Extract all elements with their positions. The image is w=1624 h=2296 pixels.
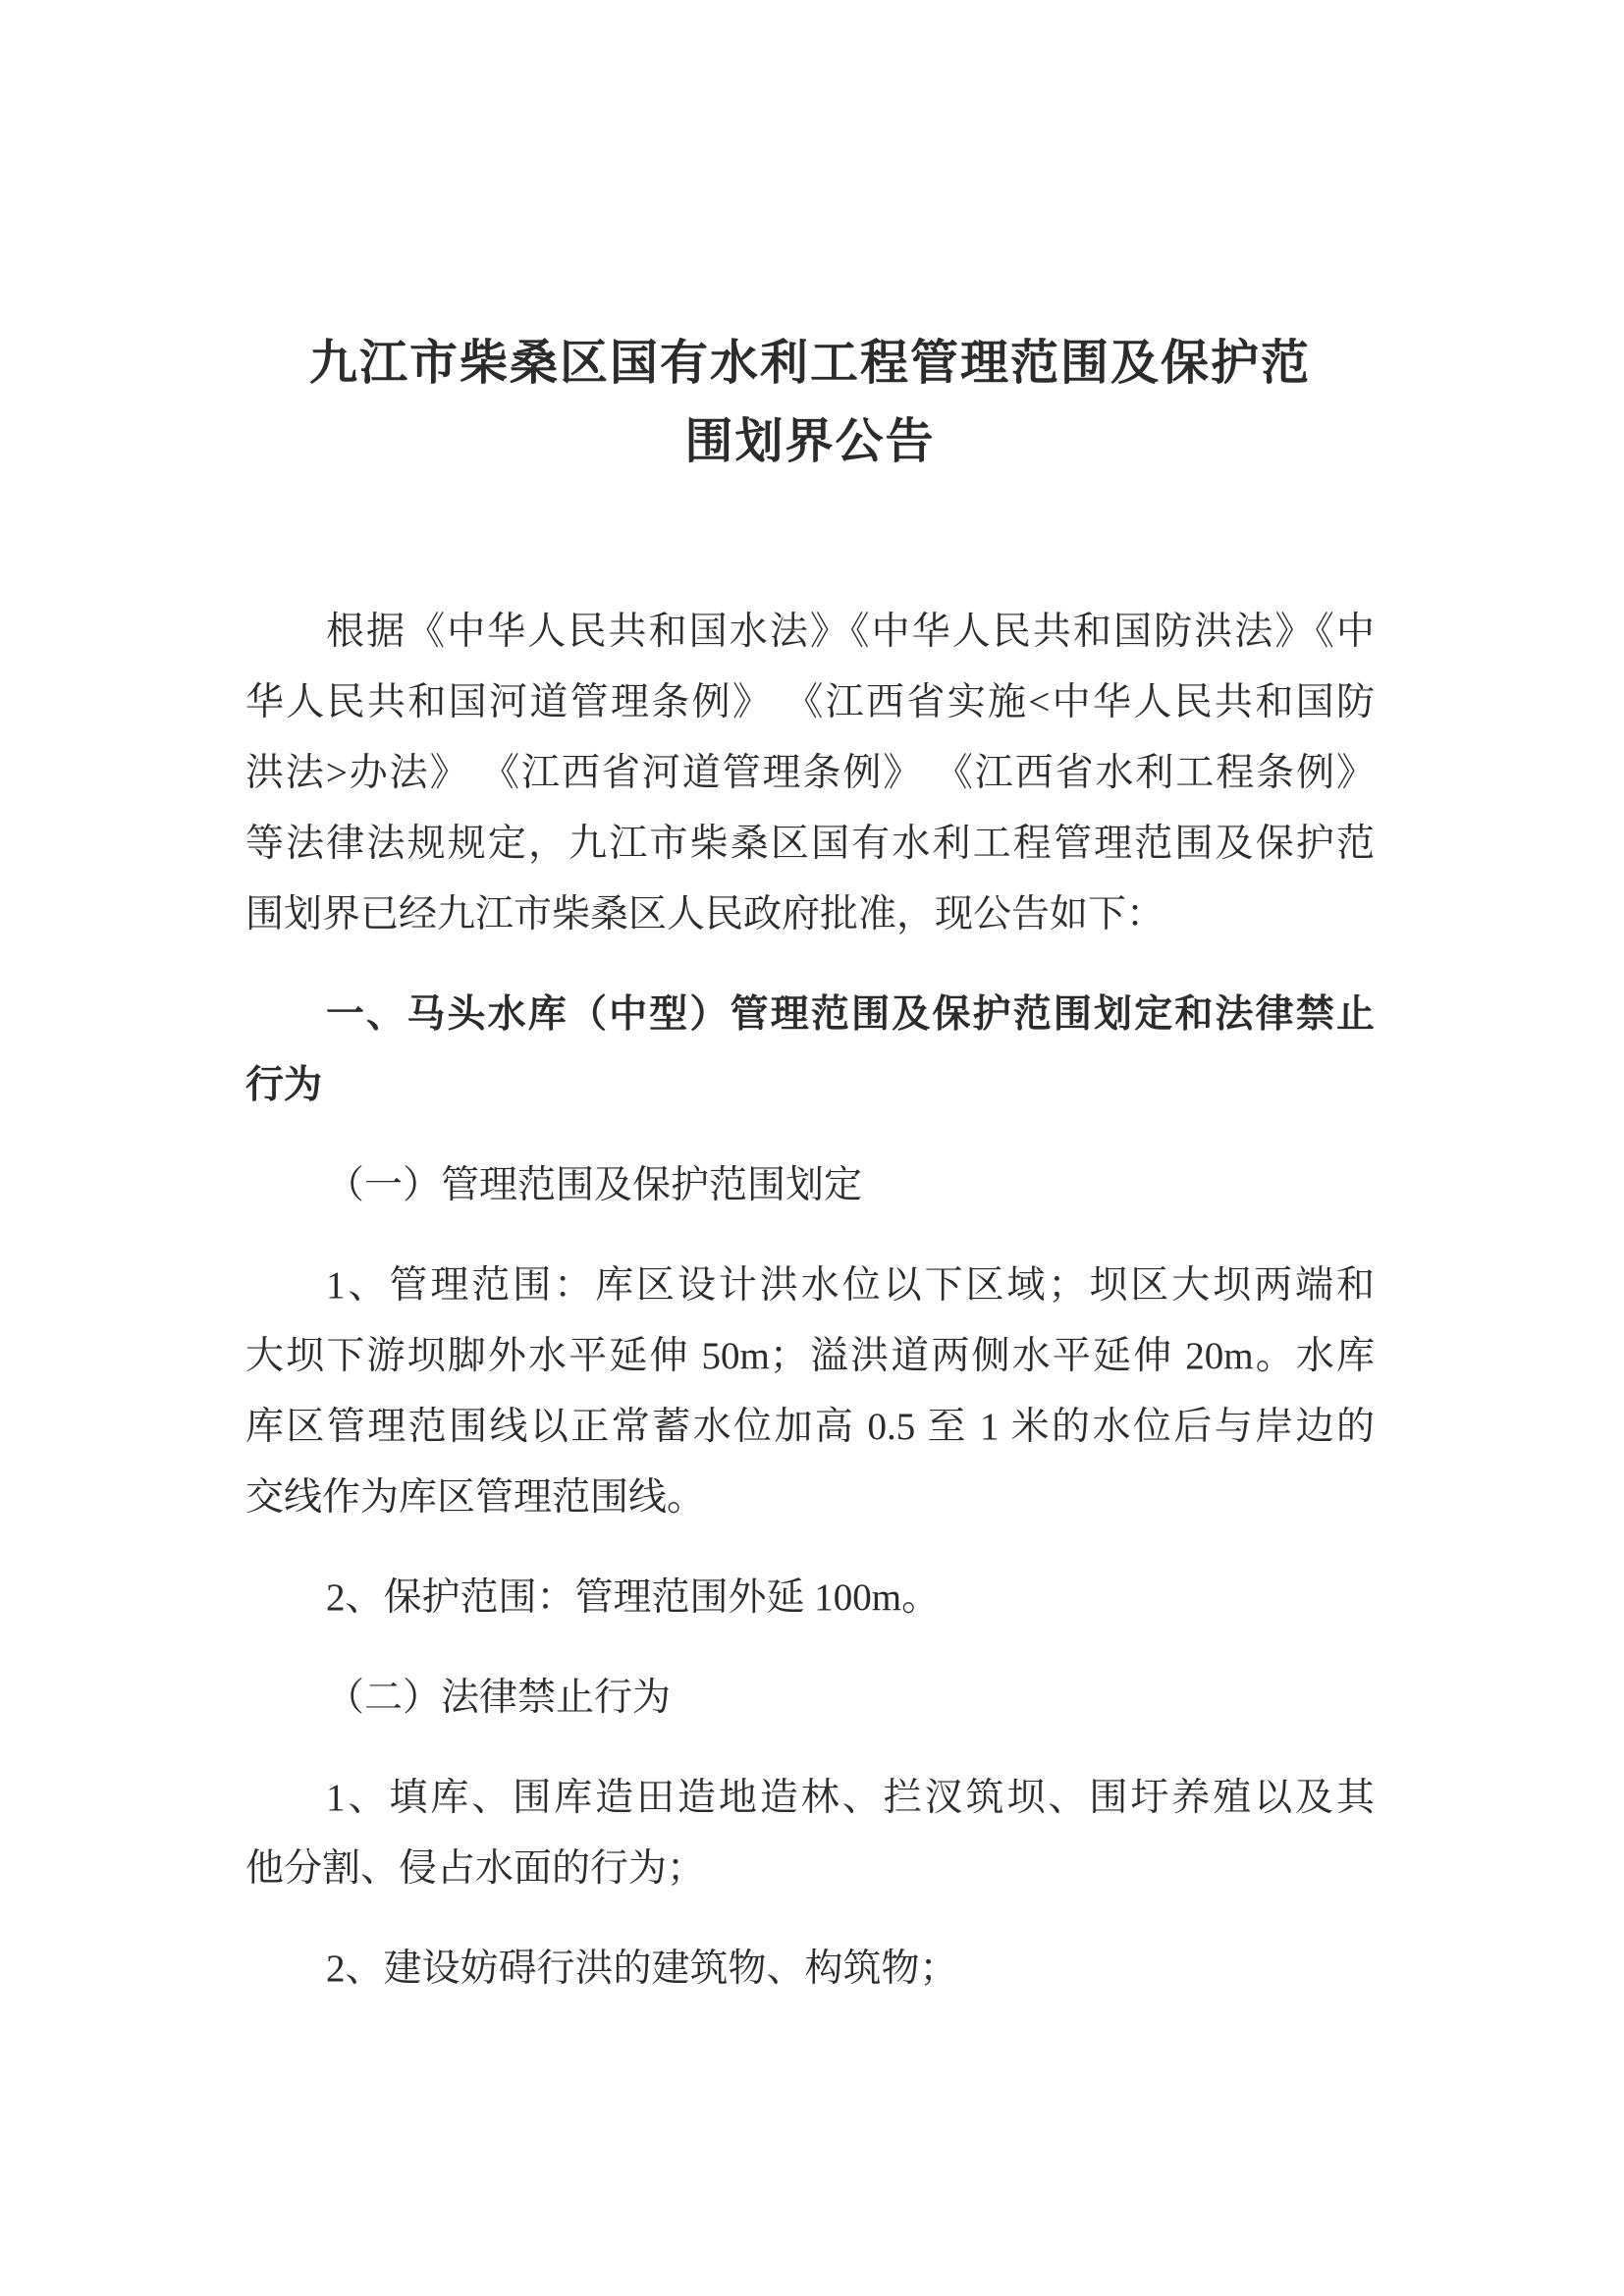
item2-protection-scope: 2、保护范围：管理范围外延 100m。 bbox=[245, 1563, 1375, 1633]
intro-line: 根据《中华人民共和国水法》《中华人民共和国防洪法》《中 bbox=[245, 597, 1375, 667]
sub2-heading-line: （二）法律禁止行为 bbox=[245, 1663, 1375, 1734]
document-title: 九江市柴桑区国有水利工程管理范围及保护范 围划界公告 bbox=[245, 324, 1375, 481]
item1-management-scope: 1、管理范围：库区设计洪水位以下区域；坝区大坝两端和 大坝下游坝脚外水平延伸 5… bbox=[245, 1251, 1375, 1533]
prohibited2-line: 2、建设妨碍行洪的建筑物、构筑物； bbox=[245, 1934, 1375, 2004]
intro-line: 华人民共和国河道管理条例》 《江西省实施<中华人民共和国防 bbox=[245, 667, 1375, 738]
title-line-1: 九江市柴桑区国有水利工程管理范围及保护范 bbox=[245, 324, 1375, 402]
prohibited1-line: 他分割、侵占水面的行为； bbox=[245, 1834, 1375, 1904]
document-page: 九江市柴桑区国有水利工程管理范围及保护范 围划界公告 根据《中华人民共和国水法》… bbox=[0, 0, 1624, 2296]
prohibited-act-2: 2、建设妨碍行洪的建筑物、构筑物； bbox=[245, 1934, 1375, 2004]
item1-line: 库区管理范围线以正常蓄水位加高 0.5 至 1 米的水位后与岸边的 bbox=[245, 1392, 1375, 1463]
section1-heading: 一、马头水库（中型）管理范围及保护范围划定和法律禁止 行为 bbox=[245, 980, 1375, 1121]
title-line-2: 围划界公告 bbox=[245, 402, 1375, 481]
prohibited1-line: 1、填库、围库造田造地造林、拦汊筑坝、围圩养殖以及其 bbox=[245, 1763, 1375, 1834]
prohibited-act-1: 1、填库、围库造田造地造林、拦汊筑坝、围圩养殖以及其 他分割、侵占水面的行为； bbox=[245, 1763, 1375, 1904]
item1-line: 1、管理范围：库区设计洪水位以下区域；坝区大坝两端和 bbox=[245, 1251, 1375, 1321]
item2-line: 2、保护范围：管理范围外延 100m。 bbox=[245, 1563, 1375, 1633]
item1-line: 交线作为库区管理范围线。 bbox=[245, 1463, 1375, 1533]
sub1-heading: （一）管理范围及保护范围划定 bbox=[245, 1150, 1375, 1221]
item1-line: 大坝下游坝脚外水平延伸 50m；溢洪道两侧水平延伸 20m。水库 bbox=[245, 1321, 1375, 1392]
section1-heading-line: 一、马头水库（中型）管理范围及保护范围划定和法律禁止 bbox=[245, 980, 1375, 1050]
sub2-heading: （二）法律禁止行为 bbox=[245, 1663, 1375, 1734]
intro-paragraph: 根据《中华人民共和国水法》《中华人民共和国防洪法》《中 华人民共和国河道管理条例… bbox=[245, 597, 1375, 950]
sub1-heading-line: （一）管理范围及保护范围划定 bbox=[245, 1150, 1375, 1221]
intro-line: 围划界已经九江市柴桑区人民政府批准，现公告如下： bbox=[245, 880, 1375, 950]
section1-heading-line: 行为 bbox=[245, 1050, 1375, 1121]
intro-line: 洪法>办法》 《江西省河道管理条例》 《江西省水利工程条例》 bbox=[245, 738, 1375, 809]
intro-line: 等法律法规规定，九江市柴桑区国有水利工程管理范围及保护范 bbox=[245, 809, 1375, 880]
